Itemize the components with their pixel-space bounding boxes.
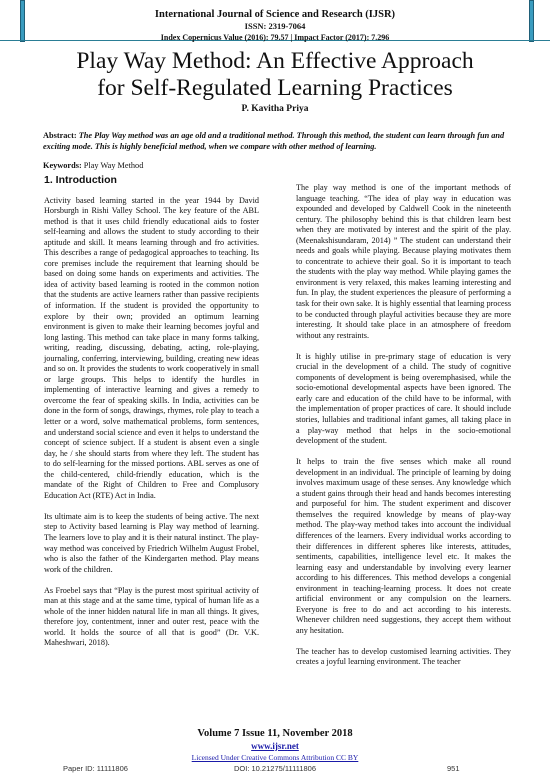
page-footer: Volume 7 Issue 11, November 2018 www.ijs… bbox=[0, 727, 550, 763]
journal-name: International Journal of Science and Res… bbox=[0, 8, 550, 21]
journal-header: International Journal of Science and Res… bbox=[0, 8, 550, 43]
paper-title: Play Way Method: An Effective Approach f… bbox=[0, 48, 550, 102]
keywords-text: Play Way Method bbox=[84, 161, 144, 170]
section-heading-introduction: 1. Introduction bbox=[44, 175, 259, 186]
abstract: Abstract: The Play Way method was an age… bbox=[43, 130, 508, 152]
paragraph: The teacher has to develop customised le… bbox=[296, 647, 511, 668]
paragraph: The play way method is one of the import… bbox=[296, 183, 511, 341]
keywords-label: Keywords: bbox=[43, 161, 82, 170]
left-column: 1. Introduction Activity based learning … bbox=[44, 175, 259, 659]
website-link[interactable]: www.ijsr.net bbox=[0, 740, 550, 752]
paragraph: As Froebel says that “Play is the purest… bbox=[44, 586, 259, 649]
abstract-text: The Play Way method was an age old and a… bbox=[43, 131, 504, 151]
right-column: The play way method is one of the import… bbox=[296, 183, 511, 679]
paragraph: It is highly utilise in pre-primary stag… bbox=[296, 352, 511, 447]
license-link[interactable]: Licensed Under Creative Commons Attribut… bbox=[0, 752, 550, 763]
paper-id: Paper ID: 11111806 bbox=[63, 764, 128, 773]
doi: DOI: 10.21275/11111806 bbox=[234, 764, 316, 773]
paragraph: Its ultimate aim is to keep the students… bbox=[44, 512, 259, 575]
journal-index: Index Copernicus Value (2016): 79.57 | I… bbox=[0, 32, 550, 43]
page-number: 951 bbox=[447, 764, 460, 773]
journal-issn: ISSN: 2319-7064 bbox=[0, 21, 550, 32]
volume-info: Volume 7 Issue 11, November 2018 bbox=[0, 727, 550, 740]
keywords: Keywords: Play Way Method bbox=[43, 161, 143, 170]
abstract-label: Abstract: bbox=[43, 131, 77, 140]
paper-author: P. Kavitha Priya bbox=[0, 104, 550, 114]
paragraph: It helps to train the five senses which … bbox=[296, 457, 511, 636]
paragraph: Activity based learning started in the y… bbox=[44, 196, 259, 502]
